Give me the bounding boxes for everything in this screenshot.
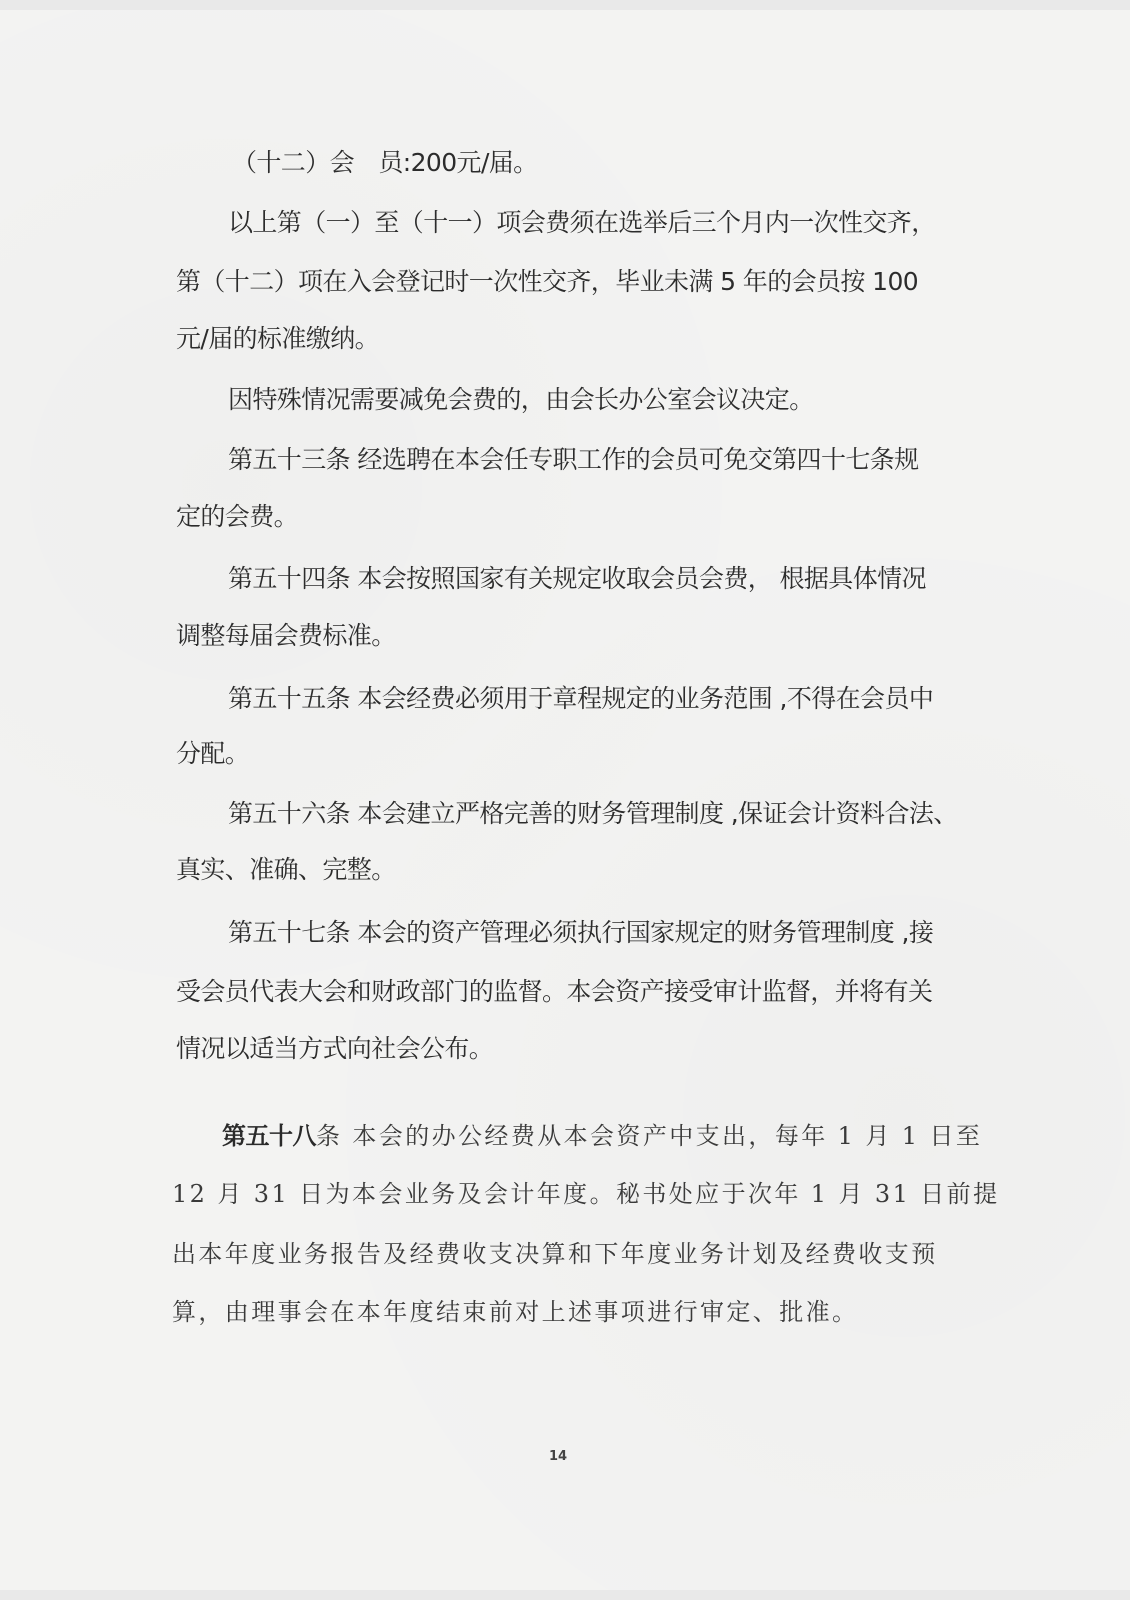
article-53-line-2: 定的会费。 [176,504,298,529]
article-56-line-2: 真实、准确、完整。 [176,857,396,882]
document-page: （十二）会 员:200元/届。 以上第（一）至（十一）项会费须在选举后三个月内一… [0,10,1130,1590]
article-58-lead-text: 条 本会的办公经费从本会资产中支出，每年 1 月 1 日至 [316,1122,982,1150]
article-53-line-1: 第五十三条 经选聘在本会任专职工作的会员可免交第四十七条规 [228,447,919,472]
text-line-fee-reduction: 因特殊情况需要减免会费的，由会长办公室会议决定。 [228,387,814,412]
article-58-line-4: 算，由理事会在本年度结束前对上述事项进行审定、批准。 [172,1300,858,1324]
text-line-payment-timing-2: 第（十二）项在入会登记时一次性交齐，毕业未满 5 年的会员按 100 [176,269,918,294]
article-57-line-2: 受会员代表大会和财政部门的监督。本会资产接受审计监督，并将有关 [176,979,932,1004]
article-58-line-3: 出本年度业务报告及经费收支决算和下年度业务计划及经费收支预 [172,1242,938,1266]
article-54-line-1: 第五十四条 本会按照国家有关规定收取会员会费， 根据具体情况 [228,566,926,591]
article-55-line-2: 分配。 [176,741,249,766]
text-line-fee-item-12: （十二）会 员:200元/届。 [232,150,538,175]
article-55-line-1: 第五十五条 本会经费必须用于章程规定的业务范围 ,不得在会员中 [228,686,933,711]
article-57-line-3: 情况以适当方式向社会公布。 [176,1036,493,1061]
text-line-payment-timing-1: 以上第（一）至（十一）项会费须在选举后三个月内一次性交齐， [228,210,936,235]
page-number: 14 [549,1449,567,1464]
article-57-line-1: 第五十七条 本会的资产管理必须执行国家规定的财务管理制度 ,接 [228,920,933,945]
article-56-line-1: 第五十六条 本会建立严格完善的财务管理制度 ,保证会计资料合法、 [228,801,958,826]
article-58-heading: 第五十八 [222,1122,316,1150]
article-54-line-2: 调整每届会费标准。 [176,623,396,648]
text-line-payment-timing-3: 元/届的标准缴纳。 [176,326,379,351]
article-58-line-1: 第五十八条 本会的办公经费从本会资产中支出，每年 1 月 1 日至 [222,1124,982,1148]
article-58-line-2: 12 月 31 日为本会业务及会计年度。秘书处应于次年 1 月 31 日前提 [172,1182,1000,1206]
